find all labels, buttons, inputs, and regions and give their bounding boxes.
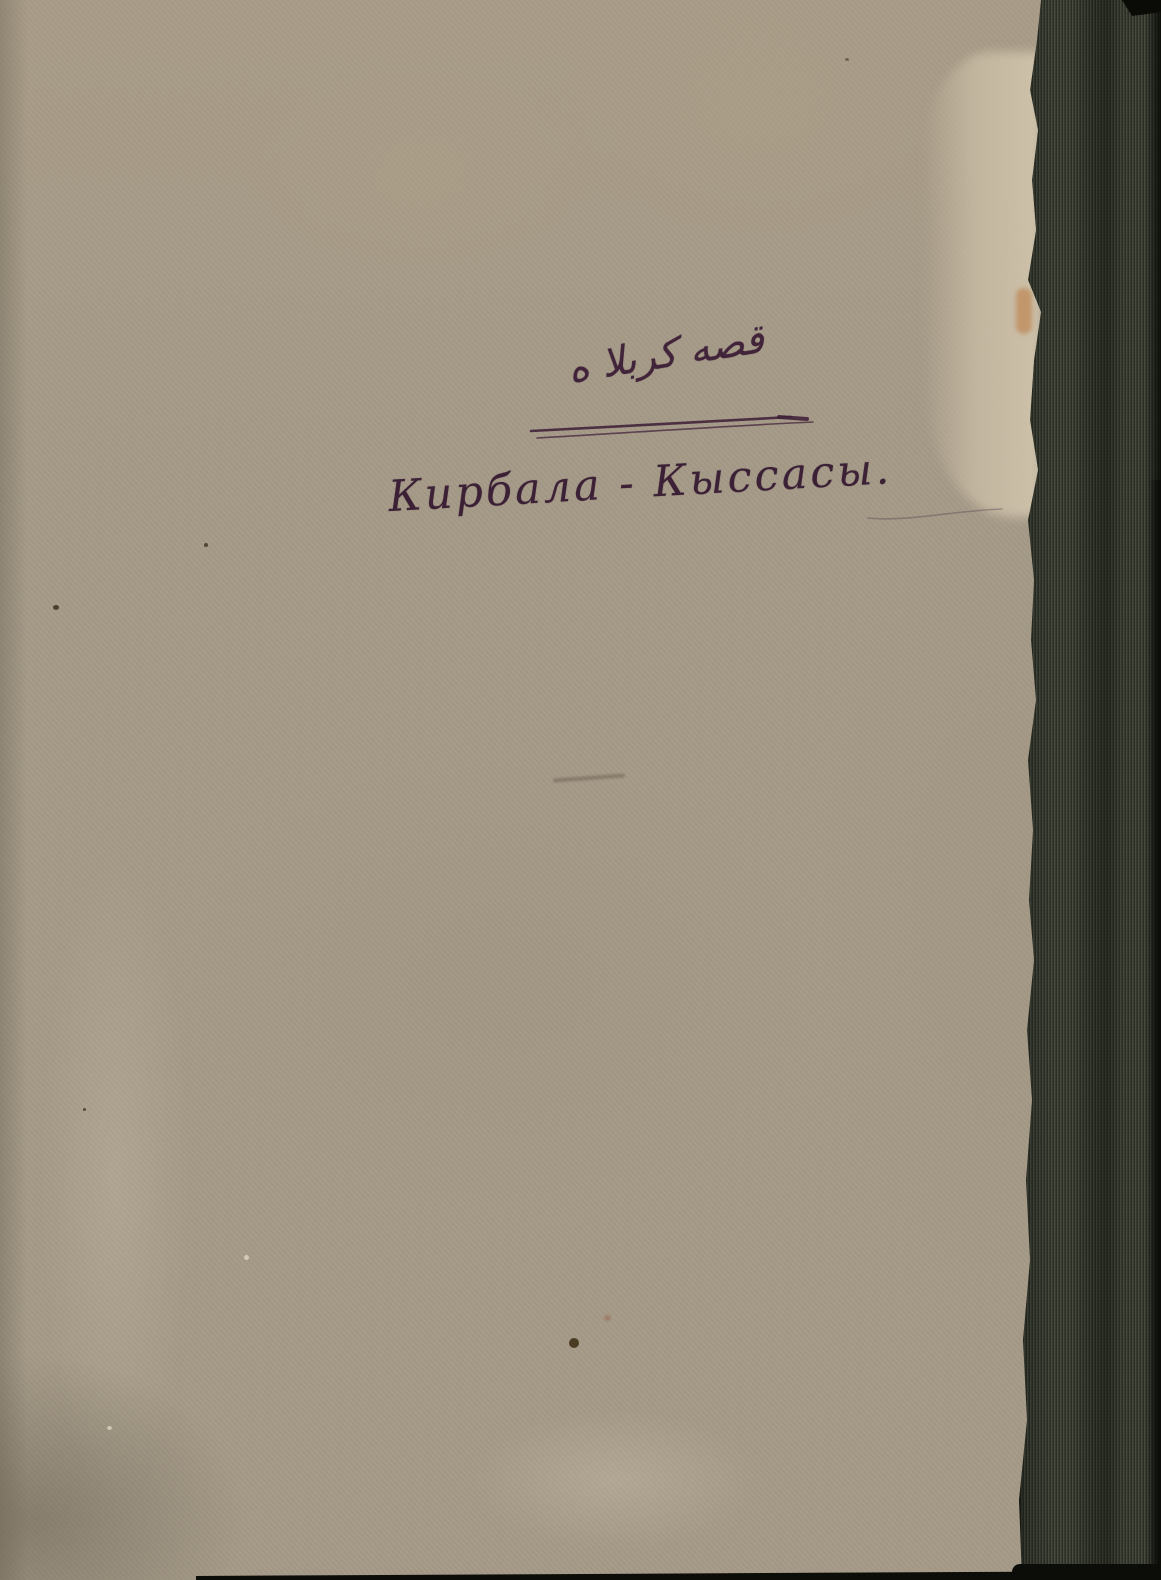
faint-ink-smudge [553, 773, 625, 782]
paper-fleck [107, 1426, 112, 1430]
paper-speck [83, 1108, 86, 1111]
cloth-crease [1072, 0, 1136, 1580]
page-paper: قصه كربلا ه Кирбала - Кыссасы. [0, 0, 1161, 1580]
paper-speck [204, 543, 208, 547]
cloth-right-edge-dark [1149, 480, 1161, 1580]
manuscript-cover-scan: قصه كربلا ه Кирбала - Кыссасы. [0, 0, 1161, 1580]
trailing-pen-dash [866, 498, 1006, 530]
paper-speck [569, 1338, 579, 1348]
paper-speck [845, 58, 849, 61]
title-underline [523, 408, 823, 448]
edge-rust-stain [1016, 288, 1032, 334]
scan-bottom-right-black [1012, 1564, 1161, 1580]
paper-fleck [244, 1255, 249, 1260]
paper-speck [53, 605, 59, 610]
paper-speck [604, 1315, 611, 1321]
